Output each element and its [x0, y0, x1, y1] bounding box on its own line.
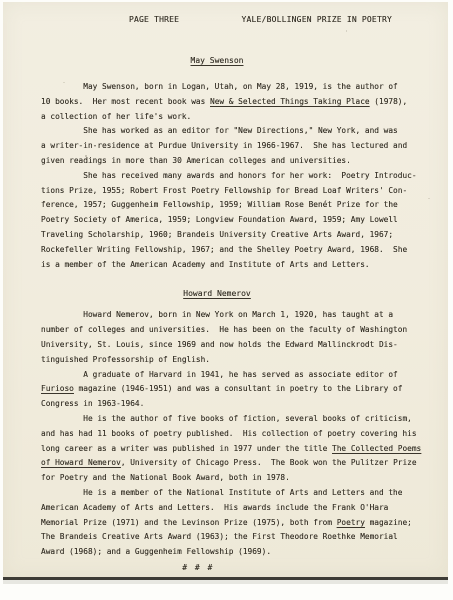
text-segment: She has received many awards and honors …: [41, 171, 417, 180]
text-segment: Traveling Scholarship, 1960; Brandeis Un…: [41, 230, 393, 239]
text-segment: May Swenson, born in Logan, Utah, on May…: [41, 82, 398, 91]
text-line: Furioso magazine (1946-1951) and was a c…: [41, 382, 448, 397]
text-segment: (1978),: [370, 97, 408, 106]
text-line: May Swenson, born in Logan, Utah, on May…: [41, 80, 448, 95]
paragraph: A graduate of Harvard in 1941, he has se…: [41, 368, 448, 412]
text-line: given readings in more than 30 American …: [41, 154, 448, 169]
paragraph: May Swenson, born in Logan, Utah, on May…: [41, 80, 448, 124]
text-line: He is a member of the National Institute…: [41, 486, 448, 501]
underlined-title: New & Selected Things Taking Place: [210, 97, 370, 106]
section-heading-text: May Swenson: [191, 56, 244, 65]
paragraph: Howard Nemerov, born in New York on Marc…: [41, 308, 448, 367]
text-line: Howard Nemerov, born in New York on Marc…: [41, 308, 448, 323]
text-segment: Rockefeller Writing Fellowship, 1967; an…: [41, 245, 407, 254]
paragraph: She has worked as an editor for "New Dir…: [41, 124, 448, 168]
text-segment: a writer-in-residence at Purdue Universi…: [41, 141, 407, 150]
text-segment: tions Prize, 1955; Robert Frost Poetry F…: [41, 186, 407, 195]
scanned-page: PAGE THREE YALE/BOLLINGEN PRIZE IN POETR…: [3, 2, 448, 580]
text-line: is a member of the American Academy and …: [41, 258, 448, 273]
text-line: He is the author of five books of fictio…: [41, 412, 448, 427]
text-line: of Howard Nemerov, University of Chicago…: [41, 456, 448, 471]
text-segment: American Academy of Arts and Letters. Hi…: [41, 503, 388, 512]
text-segment: a collection of her life's work.: [41, 112, 191, 121]
text-segment: and has had 11 books of poetry published…: [41, 429, 417, 438]
text-line: Award (1968); and a Guggenheim Fellowshi…: [41, 545, 448, 560]
text-line: She has worked as an editor for "New Dir…: [41, 124, 448, 139]
scan-speck: [428, 198, 430, 199]
text-segment: Award (1968); and a Guggenheim Fellowshi…: [41, 547, 271, 556]
text-line: ference, 1957; Guggenheim Fellowship, 19…: [41, 198, 448, 213]
page-number-label: PAGE THREE: [129, 14, 179, 25]
scan-speck: [346, 30, 347, 32]
text-segment: She has worked as an editor for "New Dir…: [41, 126, 398, 135]
text-line: and has had 11 books of poetry published…: [41, 427, 448, 442]
text-line: tinguished Professorship of English.: [41, 353, 448, 368]
text-line: Memorial Prize (1971) and the Levinson P…: [41, 516, 448, 531]
document-section: May Swenson May Swenson, born in Logan, …: [41, 55, 448, 272]
text-line: a collection of her life's work.: [41, 110, 448, 125]
text-line: The Brandeis Creative Arts Award (1963);…: [41, 530, 448, 545]
text-line: number of colleges and universities. He …: [41, 323, 448, 338]
scan-speck: [63, 82, 65, 83]
text-line: tions Prize, 1955; Robert Frost Poetry F…: [41, 184, 448, 199]
text-segment: A graduate of Harvard in 1941, he has se…: [41, 370, 398, 379]
text-segment: Poetry Society of America, 1959; Longvie…: [41, 215, 398, 224]
section-heading-text: Howard Nemerov: [183, 289, 250, 298]
text-segment: He is the author of five books of fictio…: [41, 414, 412, 423]
scan-speck: [85, 155, 87, 157]
text-segment: for Poetry and the National Book Award, …: [41, 473, 290, 482]
text-segment: tinguished Professorship of English.: [41, 355, 210, 364]
section-heading: Howard Nemerov: [41, 288, 448, 300]
text-segment: Memorial Prize (1971) and the Levinson P…: [41, 518, 337, 527]
page-header: PAGE THREE YALE/BOLLINGEN PRIZE IN POETR…: [3, 2, 448, 25]
document-title-label: YALE/BOLLINGEN PRIZE IN POETRY: [242, 14, 393, 25]
document-section: Howard Nemerov Howard Nemerov, born in N…: [41, 288, 448, 560]
text-segment: 10 books. Her most recent book was: [41, 97, 210, 106]
underlined-title: The Collected Poems: [332, 444, 421, 453]
section-heading: May Swenson: [41, 55, 448, 67]
text-segment: University, St. Louis, since 1969 and no…: [41, 340, 398, 349]
text-segment: , University of Chicago Press. The Book …: [121, 458, 417, 467]
paragraph: He is the author of five books of fictio…: [41, 412, 448, 486]
page-body: May Swenson May Swenson, born in Logan, …: [3, 55, 448, 560]
text-segment: The Brandeis Creative Arts Award (1963);…: [41, 532, 398, 541]
text-segment: is a member of the American Academy and …: [41, 260, 370, 269]
text-line: A graduate of Harvard in 1941, he has se…: [41, 368, 448, 383]
text-segment: long career as a writer was published in…: [41, 444, 332, 453]
paragraph: He is a member of the National Institute…: [41, 486, 448, 560]
text-line: Rockefeller Writing Fellowship, 1967; an…: [41, 243, 448, 258]
text-segment: He is a member of the National Institute…: [41, 488, 402, 497]
text-line: University, St. Louis, since 1969 and no…: [41, 338, 448, 353]
text-segment: number of colleges and universities. He …: [41, 325, 407, 334]
underlined-title: Furioso: [41, 384, 74, 393]
text-line: She has received many awards and honors …: [41, 169, 448, 184]
text-line: a writer-in-residence at Purdue Universi…: [41, 139, 448, 154]
text-segment: given readings in more than 30 American …: [41, 156, 351, 165]
text-line: American Academy of Arts and Letters. Hi…: [41, 501, 448, 516]
underlined-title: of Howard Nemerov: [41, 458, 121, 467]
text-segment: magazine (1946-1951) and was a consultan…: [74, 384, 403, 393]
text-segment: magazine;: [365, 518, 412, 527]
text-line: Traveling Scholarship, 1960; Brandeis Un…: [41, 228, 448, 243]
text-line: long career as a writer was published in…: [41, 442, 448, 457]
paragraph: She has received many awards and honors …: [41, 169, 448, 273]
text-segment: Howard Nemerov, born in New York on Marc…: [41, 310, 393, 319]
end-of-page-mark: # # #: [3, 562, 448, 574]
text-segment: Congress in 1963-1964.: [41, 399, 144, 408]
text-line: Congress in 1963-1964.: [41, 397, 448, 412]
text-segment: ference, 1957; Guggenheim Fellowship, 19…: [41, 200, 398, 209]
underlined-title: Poetry: [337, 518, 365, 527]
text-line: for Poetry and the National Book Award, …: [41, 471, 448, 486]
text-line: Poetry Society of America, 1959; Longvie…: [41, 213, 448, 228]
text-line: 10 books. Her most recent book was New &…: [41, 95, 448, 110]
